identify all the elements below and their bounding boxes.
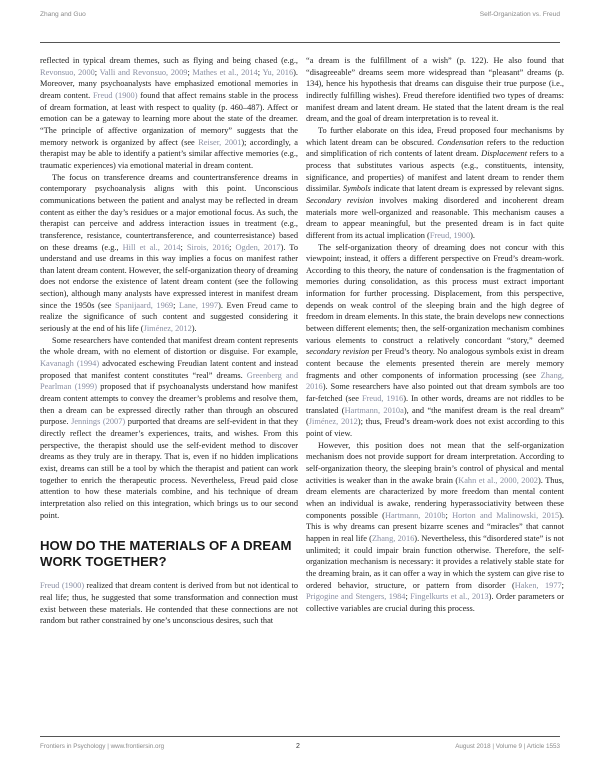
running-header-title: Self-Organization vs. Freud — [480, 11, 560, 18]
citation-link[interactable]: Spanijaard, 1969 — [115, 301, 173, 310]
citation-link[interactable]: Freud (1900) — [93, 91, 137, 100]
citation-link[interactable]: Horton and Malinowski, 2015 — [452, 511, 559, 520]
term-italic: Symbols — [343, 184, 371, 193]
term-italic: secondary revision — [306, 347, 369, 356]
text: ). — [470, 231, 475, 240]
citation-link[interactable]: Hill et al., 2014 — [123, 243, 181, 252]
citation-link[interactable]: Lane, 1997 — [179, 301, 218, 310]
section-heading: HOW DO THE MATERIALS OF A DREAM WORK TOG… — [40, 538, 298, 570]
paragraph: “a dream is the fulfillment of a wish” (… — [306, 55, 564, 125]
citation-link[interactable]: Jiménez, 2012 — [309, 417, 358, 426]
text: reflected in typical dream themes, such … — [40, 56, 298, 65]
citation-link[interactable]: Freud, 1916 — [362, 394, 403, 403]
citation-link[interactable]: Reiser, 2001 — [198, 138, 241, 147]
citation-link[interactable]: Sirois, 2016 — [187, 243, 229, 252]
citation-link[interactable]: Valli and Revonsuo, 2009 — [100, 68, 188, 77]
left-column: reflected in typical dream themes, such … — [40, 55, 298, 627]
citation-link[interactable]: Yu, 2016 — [262, 68, 293, 77]
paragraph: However, this position does not mean tha… — [306, 440, 564, 615]
citation-link[interactable]: Fingelkurts et al., 2013 — [410, 592, 488, 601]
citation-link[interactable]: Ogden, 2017 — [236, 243, 281, 252]
text: The focus on transference dreams and cou… — [40, 173, 298, 252]
text: indicate that latent dream is expressed … — [371, 184, 564, 193]
term-italic: Displacement — [481, 149, 527, 158]
right-column: “a dream is the fulfillment of a wish” (… — [306, 55, 564, 615]
citation-link[interactable]: Freud, 1900 — [430, 231, 470, 240]
citation-link[interactable]: Kavanagh (1994) — [40, 359, 99, 368]
running-header-authors: Zhang and Guo — [40, 11, 86, 18]
footer-divider — [40, 736, 560, 737]
header-divider — [40, 42, 560, 43]
citation-link[interactable]: Mathes et al., 2014 — [192, 68, 257, 77]
citation-link[interactable]: Haken, 1977 — [515, 581, 562, 590]
paragraph: The self-organization theory of dreaming… — [306, 242, 564, 440]
text: The self-organization theory of dreaming… — [306, 243, 564, 345]
page-footer: Frontiers in Psychology | www.frontiersi… — [40, 740, 560, 752]
citation-link[interactable]: Freud (1900) — [40, 581, 84, 590]
text: “a dream is the fulfillment of a wish” (… — [306, 56, 564, 123]
footer-issue: August 2018 | Volume 9 | Article 1553 — [455, 743, 560, 750]
text: ). — [192, 324, 197, 333]
text: purported that dreams are self-evident i… — [40, 417, 298, 519]
citation-link[interactable]: Hartmann, 2010a — [345, 406, 404, 415]
citation-link[interactable]: Kahn et al., 2000, 2002 — [458, 476, 538, 485]
paragraph: reflected in typical dream themes, such … — [40, 55, 298, 172]
citation-link[interactable]: Jennings (2007) — [71, 417, 125, 426]
citation-link[interactable]: Hartmann, 2010b — [385, 511, 446, 520]
paragraph: The focus on transference dreams and cou… — [40, 172, 298, 335]
paragraph: Freud (1900) realized that dream content… — [40, 580, 298, 627]
paragraph: Some researchers have contended that man… — [40, 335, 298, 522]
text: ; — [562, 581, 564, 590]
citation-link[interactable]: Revonsuo, 2000 — [40, 68, 95, 77]
citation-link[interactable]: Zhang, 2016 — [372, 534, 414, 543]
text: Some researchers have contended that man… — [40, 336, 298, 357]
paragraph: To further elaborate on this idea, Freud… — [306, 125, 564, 242]
text: ). To understand and use dreams in this … — [40, 243, 298, 310]
citation-link[interactable]: Jiménez, 2012 — [144, 324, 192, 333]
term-italic: Secondary revision — [306, 196, 373, 205]
running-header: Zhang and Guo Self-Organization vs. Freu… — [40, 6, 560, 22]
footer-journal: Frontiers in Psychology | www.frontiersi… — [40, 743, 164, 750]
page-number: 2 — [296, 743, 300, 750]
citation-link[interactable]: Prigogine and Stengers, 1984 — [306, 592, 405, 601]
term-italic: Condensation — [437, 138, 483, 147]
